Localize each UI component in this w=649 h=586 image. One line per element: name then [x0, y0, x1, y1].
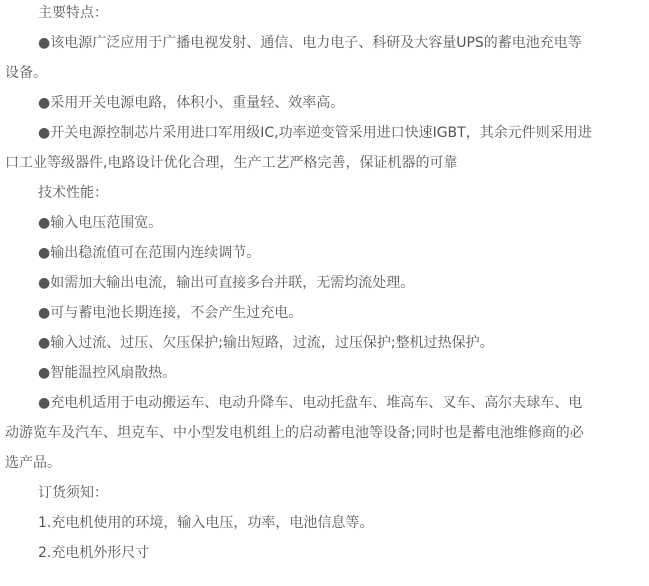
performance-item-3: ●如需加大输出电流，输出可直接多台并联，无需均流处理。: [38, 273, 414, 293]
feature-item-3-line-2: 口工业等级器件,电路设计优化合理，生产工艺严格完善，保证机器的可靠: [5, 153, 457, 173]
feature-item-3-line-1: ●开关电源控制芯片采用进口军用级IC,功率逆变管采用进口快速IGBT，其余元件则…: [38, 123, 592, 143]
feature-item-1-line-2: 设备。: [5, 63, 47, 83]
performance-item-6: ●智能温控风扇散热。: [38, 363, 176, 383]
feature-item-1-line-1: ●该电源广泛应用于广播电视发射、通信、电力电子、科研及大容量UPS的蓄电池充电等: [38, 33, 582, 53]
performance-item-7-line-2: 动游览车及汽车、坦克车、中小型发电机组上的启动蓄电池等设备;同时也是蓄电池维修商…: [5, 423, 584, 443]
performance-item-7-line-1: ●充电机适用于电动搬运车、电动升降车、电动托盘车、堆高车、叉车、高尔夫球车、电: [38, 393, 582, 413]
document-body: 主要特点： ●该电源广泛应用于广播电视发射、通信、电力电子、科研及大容量UPS的…: [0, 0, 649, 586]
ordering-item-1: 1.充电机使用的环境，输入电压，功率，电池信息等。: [38, 513, 373, 533]
feature-item-2: ●采用开关电源电路，体积小、重量轻、效率高。: [38, 93, 344, 113]
performance-item-5: ●输入过流、过压、欠压保护;输出短路，过流，过压保护;整机过热保护。: [38, 333, 494, 353]
performance-item-2: ●输出稳流值可在范围内连续调节。: [38, 243, 260, 263]
ordering-heading: 订货须知：: [38, 483, 108, 503]
features-heading: 主要特点：: [38, 3, 108, 23]
performance-item-7-line-3: 选产品。: [5, 453, 61, 473]
ordering-item-2: 2.充电机外形尺寸: [38, 543, 149, 563]
performance-heading: 技术性能：: [38, 183, 108, 203]
performance-item-1: ●输入电压范围宽。: [38, 213, 162, 233]
performance-item-4: ●可与蓄电池长期连接，不会产生过充电。: [38, 303, 302, 323]
